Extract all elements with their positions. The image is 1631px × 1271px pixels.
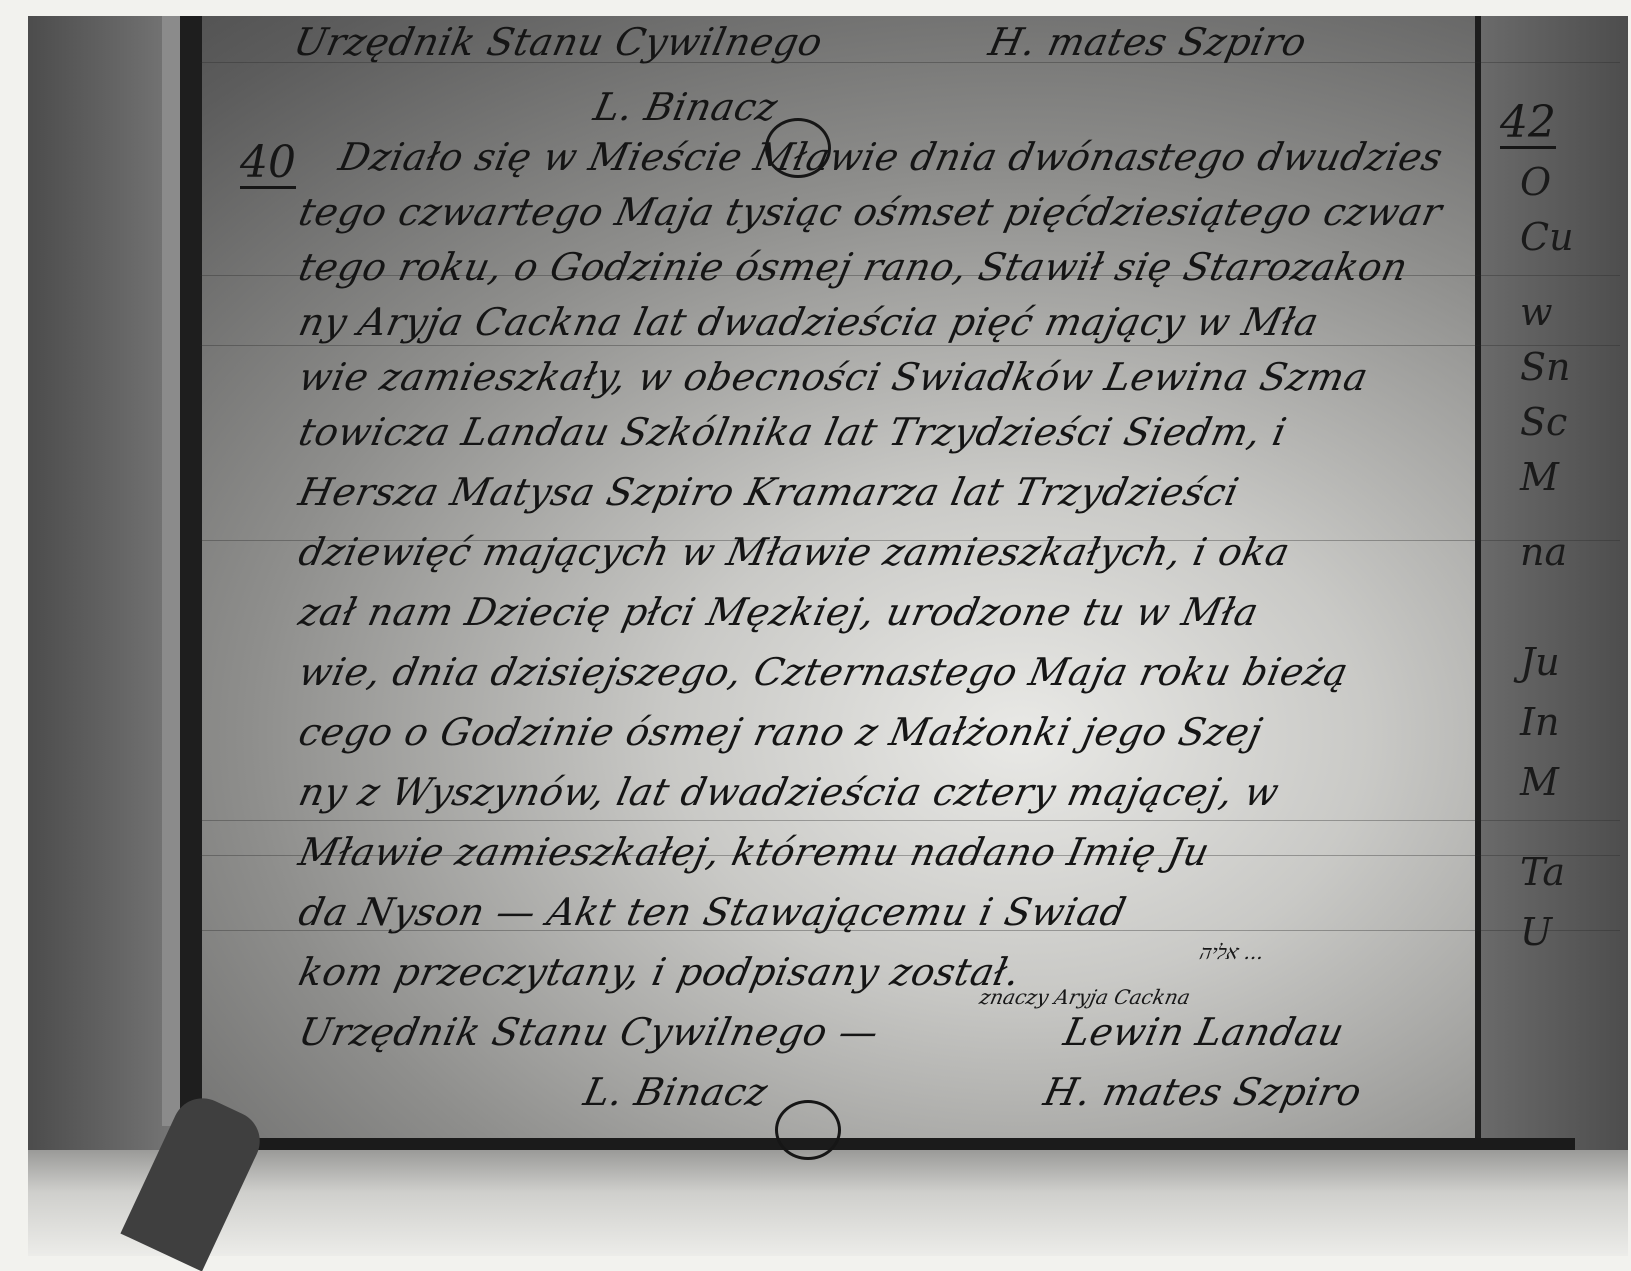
entry-number: 40 bbox=[240, 140, 296, 189]
prior-entry-signature-title: Urzędnik Stanu Cywilnego bbox=[290, 20, 827, 64]
body-line: ny z Wyszynów, lat dwadzieścia cztery ma… bbox=[295, 770, 1283, 814]
body-line: Hersza Matysa Szpiro Kramarza lat Trzydz… bbox=[295, 470, 1243, 514]
official-signature: L. Binacz bbox=[580, 1070, 772, 1114]
witness-signature-landau: Lewin Landau bbox=[1060, 1010, 1348, 1054]
body-line: tego czwartego Maja tysiąc ośmset pięćdz… bbox=[295, 190, 1446, 234]
page-number: 42 bbox=[1500, 100, 1556, 149]
ruled-line bbox=[200, 820, 1620, 821]
page-bottom-edge bbox=[28, 1150, 1628, 1256]
right-margin-panel bbox=[1481, 16, 1628, 1156]
margin-fragment: Ta bbox=[1520, 850, 1565, 894]
hebrew-signature: אליה ... bbox=[1197, 940, 1266, 965]
body-line: wie zamieszkały, w obecności Swiadków Le… bbox=[295, 355, 1372, 399]
margin-fragment: Sn bbox=[1520, 345, 1571, 389]
body-line: Mławie zamieszkałej, któremu nadano Imię… bbox=[295, 830, 1214, 874]
bottom-page-rule bbox=[225, 1138, 1575, 1150]
margin-fragment: O bbox=[1520, 160, 1551, 204]
body-line: Działo się w Mieście Mławie dnia dwónast… bbox=[335, 135, 1447, 179]
body-line: cego o Godzinie ósmej rano z Małżonki je… bbox=[295, 710, 1266, 754]
body-line: towicza Landau Szkólnika lat Trzydzieści… bbox=[295, 410, 1291, 454]
margin-fragment: Sc bbox=[1520, 400, 1567, 444]
body-line: zał nam Dziecię płci Męzkiej, urodzone t… bbox=[295, 590, 1263, 634]
binding-spine-rule bbox=[180, 16, 202, 1126]
binding-edge bbox=[162, 16, 180, 1126]
margin-fragment: M bbox=[1520, 455, 1559, 499]
prior-entry-witness-signature: H. mates Szpiro bbox=[985, 20, 1311, 64]
body-line: kom przeczytany, i podpisany został. bbox=[295, 950, 1024, 994]
margin-fragment: w bbox=[1520, 290, 1553, 334]
body-line: ny Aryja Cackna lat dwadzieścia pięć maj… bbox=[295, 300, 1323, 344]
margin-fragment: U bbox=[1520, 910, 1552, 954]
signature-flourish bbox=[775, 1100, 841, 1160]
margin-fragment: M bbox=[1520, 760, 1559, 804]
body-line: tego roku, o Godzinie ósmej rano, Stawił… bbox=[295, 245, 1412, 289]
witness-signature-szpiro: H. mates Szpiro bbox=[1040, 1070, 1366, 1114]
margin-fragment: In bbox=[1520, 700, 1559, 744]
margin-fragment: Cu bbox=[1520, 215, 1574, 259]
ruled-line bbox=[200, 345, 1620, 346]
official-title-signature: Urzędnik Stanu Cywilnego — bbox=[295, 1010, 883, 1054]
mark-annotation: znaczy Aryja Cackna bbox=[977, 985, 1192, 1009]
prior-entry-official-signature: L. Binacz bbox=[590, 85, 782, 129]
body-line: wie, dnia dzisiejszego, Czternastego Maj… bbox=[295, 650, 1352, 694]
body-line: dziewięć mających w Mławie zamieszkałych… bbox=[295, 530, 1294, 574]
margin-fragment: na bbox=[1520, 530, 1567, 574]
margin-fragment: Ju bbox=[1520, 640, 1560, 684]
body-line: da Nyson — Akt ten Stawającemu i Swiad bbox=[295, 890, 1130, 934]
